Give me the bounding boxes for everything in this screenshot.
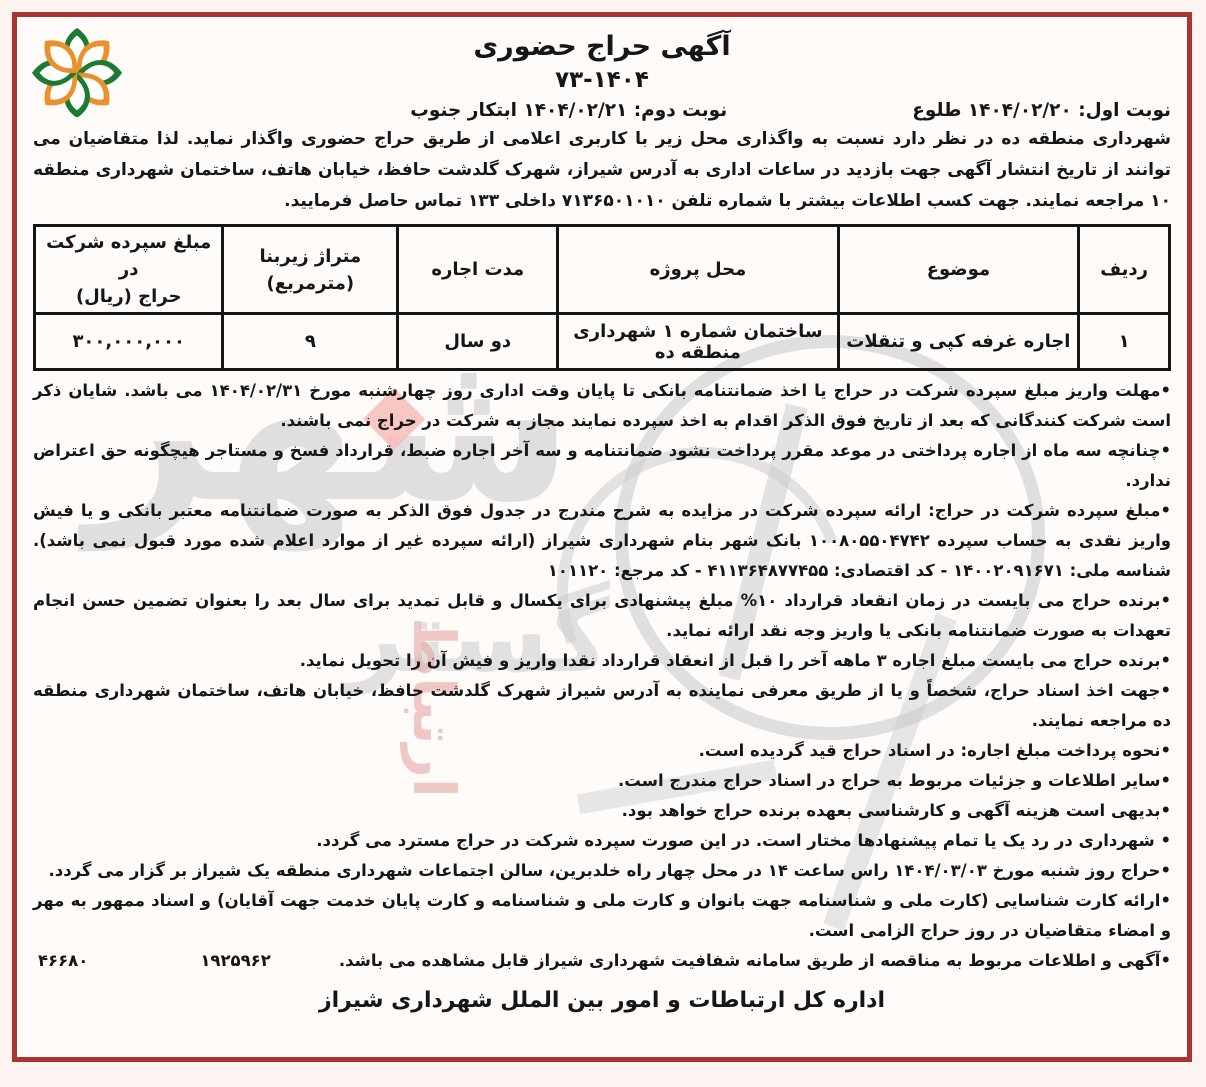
cell-area: ۹ xyxy=(223,314,398,370)
bullet-deposit-deadline: •مهلت واریز مبلغ سپرده شرکت در حراج یا ا… xyxy=(33,376,1171,436)
bullet-payment-method: •نحوه پرداخت مبلغ اجاره: در اسناد حراج ق… xyxy=(33,736,1171,766)
bullet-performance-bond: •برنده حراج می بایست در زمان انقعاد قرار… xyxy=(33,586,1171,646)
table-row: ۱ اجاره غرفه کپی و تنقلات ساختمان شماره … xyxy=(35,314,1170,370)
cell-row-number: ۱ xyxy=(1079,314,1170,370)
bullet-transparency-portal: •آگهی و اطلاعات مربوط به مناقصه از طریق … xyxy=(339,946,1171,976)
notice-number: ۷۳-۱۴۰۴ xyxy=(33,67,1171,93)
issuing-department: اداره کل ارتباطات و امور بین الملل شهردا… xyxy=(33,988,1171,1013)
col-header-row-number: ردیف xyxy=(1079,226,1170,314)
publication-second: نوبت دوم: ۱۴۰۴/۰۲/۲۱ ابتکار جنوب xyxy=(410,100,727,121)
bullet-id-requirements: •ارائه کارت شناسایی (کارت ملی و شناسنامه… xyxy=(33,886,1171,946)
bullet-late-payment: •چنانچه سه ماه از اجاره پرداختی در موعد … xyxy=(33,436,1171,496)
municipality-logo-icon xyxy=(31,25,123,117)
notice-frame: شهر گستر ارتباط xyxy=(12,12,1192,1062)
bullet-auction-session: •حراج روز شنبه مورخ ۱۴۰۴/۰۳/۰۳ راس ساعت … xyxy=(33,856,1171,886)
bullet-advance-rent: •برنده حراج می بایست مبلغ اجاره ۳ ماهه آ… xyxy=(33,646,1171,676)
print-code-secondary: ۴۶۶۸۰ xyxy=(38,946,88,976)
bullet-other-details: •سایر اطلاعات و جزئیات مربوط به حراج در … xyxy=(33,766,1171,796)
bullet-rejection-right: • شهرداری در رد یک یا تمام پیشنهادها مخت… xyxy=(33,826,1171,856)
bullet-costs: •بدیهی است هزینه آگهی و کارشناسی بعهده ب… xyxy=(33,796,1171,826)
title-block: آگهی حراج حضوری ۷۳-۱۴۰۴ xyxy=(33,25,1171,93)
publication-line: نوبت اول: ۱۴۰۴/۰۲/۲۰ طلوع نوبت دوم: ۱۴۰۴… xyxy=(33,100,1171,121)
cell-lease-term: دو سال xyxy=(398,314,558,370)
terms-list: •مهلت واریز مبلغ سپرده شرکت در حراج یا ا… xyxy=(33,376,1171,976)
auction-table: ردیف موضوع محل پروژه مدت اجاره متراژ زیر… xyxy=(33,224,1171,371)
table-header-row: ردیف موضوع محل پروژه مدت اجاره متراژ زیر… xyxy=(35,226,1170,314)
col-header-subject: موضوع xyxy=(838,226,1079,314)
col-header-deposit: مبلغ سپرده شرکت در حراج (ریال) xyxy=(35,226,223,314)
cell-location: ساختمان شماره ۱ شهرداری منطقه ده xyxy=(558,314,838,370)
notice-content: آگهی حراج حضوری ۷۳-۱۴۰۴ نوبت اول: ۱۴۰۴/۰… xyxy=(17,17,1187,1057)
page-title: آگهی حراج حضوری xyxy=(33,31,1171,62)
bullet-document-pickup: •جهت اخذ اسناد حراج، شخصاً و یا از طریق … xyxy=(33,676,1171,736)
col-header-area: متراژ زیربنا (مترمربع) xyxy=(223,226,398,314)
scanned-auction-notice: { "header": { "title": "آگهی حراج حضوری"… xyxy=(0,0,1206,1087)
col-header-lease-term: مدت اجاره xyxy=(398,226,558,314)
final-bullet-row: •آگهی و اطلاعات مربوط به مناقصه از طریق … xyxy=(33,946,1171,976)
col-header-location: محل پروژه xyxy=(558,226,838,314)
cell-subject: اجاره غرفه کپی و تنقلات xyxy=(838,314,1079,370)
intro-paragraph: شهرداری منطقه ده در نظر دارد نسبت به واگ… xyxy=(33,124,1171,217)
bullet-deposit-details: •مبلغ سپرده شرکت در حراج: ارائه سپرده شر… xyxy=(33,496,1171,586)
publication-first: نوبت اول: ۱۴۰۴/۰۲/۲۰ طلوع xyxy=(912,100,1171,121)
print-code-primary: ۱۹۲۵۹۶۲ xyxy=(200,946,271,976)
cell-deposit: ۳۰۰,۰۰۰,۰۰۰ xyxy=(35,314,223,370)
